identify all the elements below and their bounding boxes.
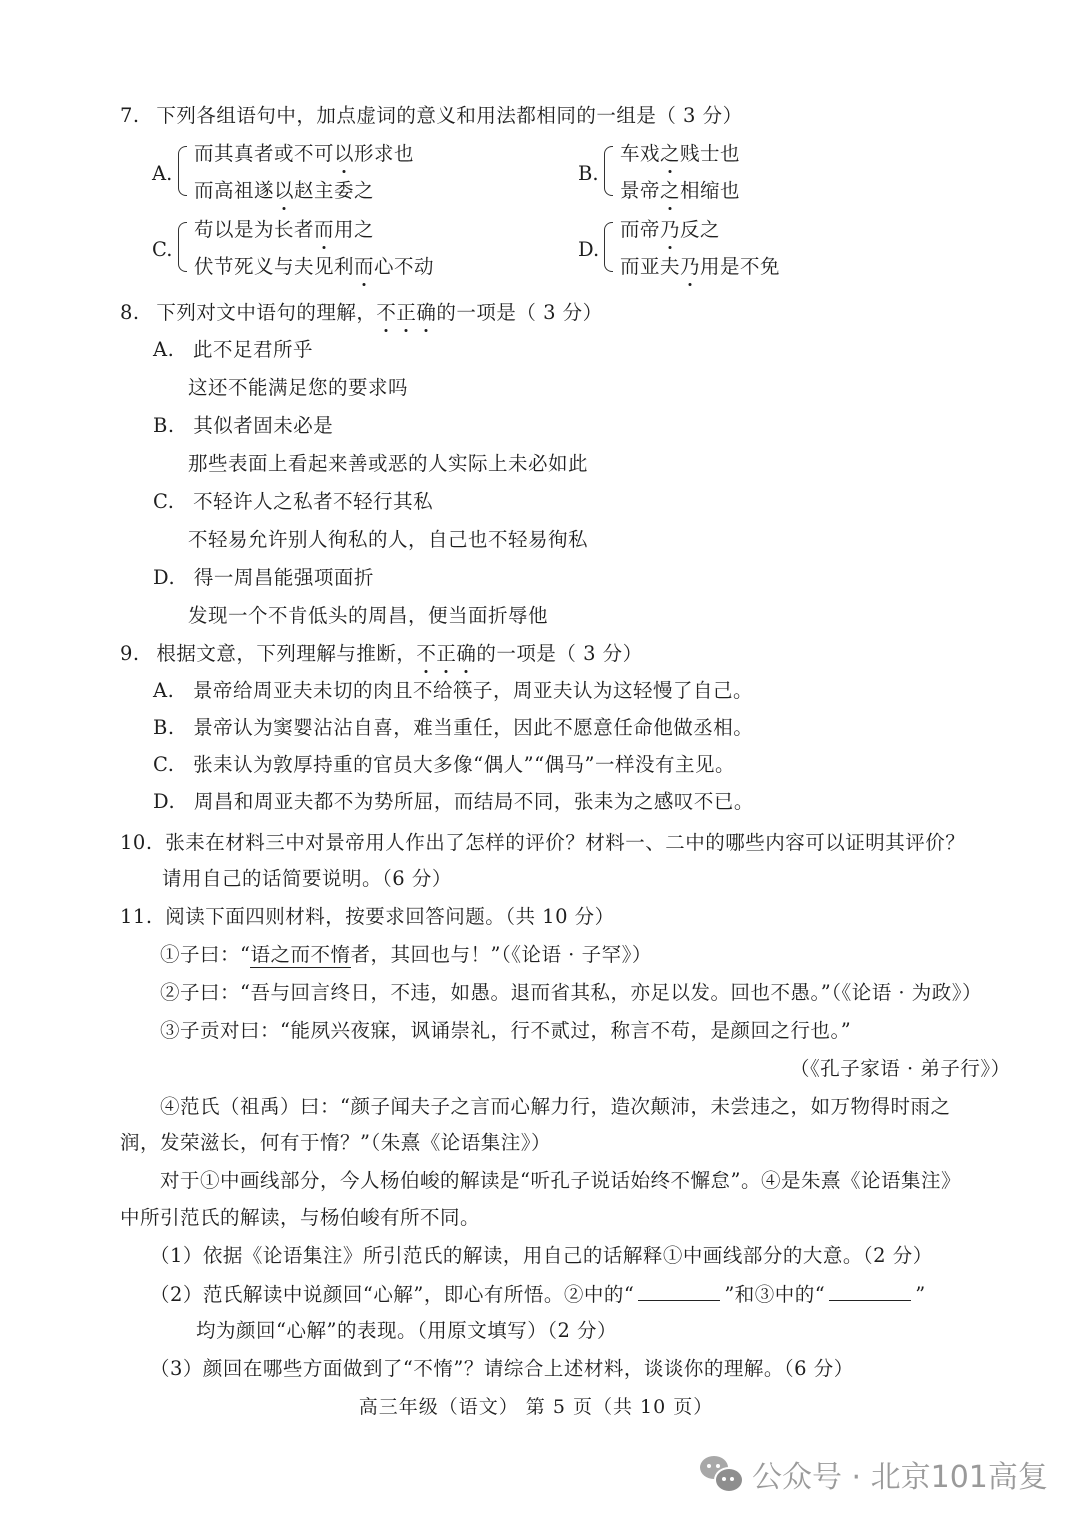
option-line-1: 苟以是为长者而用之 (194, 216, 374, 244)
material-1-post: 者，其回也与！”（《论语 · 子罕》） (351, 943, 652, 966)
q8-stem-post: 的一项是（ 3 分） (436, 301, 602, 324)
q8-option-b: B. 其似者固未必是 (153, 412, 333, 440)
q8-stem: 8. 下列对文中语句的理解，不正确的一项是（ 3 分） (120, 299, 603, 327)
option-letter: D. (153, 566, 175, 589)
option-line-1: 车戏之贱士也 (620, 140, 740, 168)
option-text: 周昌和周亚夫都不为势所屈，而结局不同，张耒为之感叹不已。 (194, 790, 754, 813)
option-original: 此不足君所乎 (193, 338, 313, 361)
material-4-line-1: ④范氏（祖禹）曰：“颜子闻夫子之言而心解力行，造次颠沛，未尝违之，如万物得时雨之 (160, 1093, 950, 1121)
option-translation: 不轻易允许别人徇私的人，自己也不轻易徇私 (188, 526, 588, 554)
sub-question-2-mid: ”和③中的“ (724, 1283, 825, 1306)
option-line-2: 而亚夫乃用是不免 (620, 253, 780, 281)
q10-stem: 10. 张耒在材料三中对景帝用人作出了怎样的评价？材料一、二中的哪些内容可以证明… (120, 829, 965, 857)
q11-number: 11. (120, 905, 153, 928)
brace-icon (604, 146, 613, 196)
answer-blank-1[interactable] (638, 1280, 720, 1301)
exam-page: 7. 下列各组语句中，加点虚词的意义和用法都相同的一组是（ 3 分） A. 而其… (0, 0, 1072, 1516)
page-footer: 高三年级（语文） 第 5 页（共 10 页） (0, 1392, 1072, 1419)
material-2: ②子曰：“吾与回言终日，不违，如愚。退而省其私，亦足以发。回也不愚。”（《论语 … (160, 979, 982, 1007)
q8-stem-pre: 下列对文中语句的理解， (156, 301, 376, 324)
brace-icon (178, 146, 187, 196)
option-original: 不轻许人之私者不轻行其私 (193, 490, 433, 513)
sub-question-3: （3）颜回在哪些方面做到了“不惰”？请综合上述材料，谈谈你的理解。（6 分） (150, 1355, 854, 1383)
emphasis-char: 正 (396, 299, 416, 327)
q8-option-a: A. 此不足君所乎 (153, 336, 313, 364)
option-translation: 这还不能满足您的要求吗 (188, 374, 408, 402)
option-letter: A. (153, 679, 174, 702)
material-3-source: （《孔子家语 · 弟子行》） (790, 1055, 1011, 1083)
option-original: 得一周昌能强项面折 (194, 566, 374, 589)
emphasis-char: 正 (436, 640, 456, 668)
q11-intro-line-1: 对于①中画线部分，今人杨伯峻的解读是“听孔子说话始终不懈怠”。④是朱熹《论语集注… (160, 1167, 961, 1195)
sub-question-1: （1）依据《论语集注》所引范氏的解读，用自己的话解释①中画线部分的大意。（2 分… (150, 1242, 933, 1270)
option-line-2: 而高祖遂以赵主委之 (194, 177, 374, 205)
material-1: ①子曰：“语之而不惰者，其回也与！”（《论语 · 子罕》） (160, 941, 652, 969)
material-4-line-2: 润，发荣滋长，何有于惰？”（朱熹《论语集注》） (120, 1129, 551, 1157)
q7-number: 7. (120, 104, 140, 127)
emphasis-char: 不 (376, 299, 396, 327)
sub-question-2: （2）范氏解读中说颜回“心解”，即心有所悟。②中的“”和③中的“” (150, 1280, 926, 1309)
q11-intro-line-2: 中所引范氏的解读，与杨伯峻有所不同。 (120, 1204, 480, 1232)
option-letter: C. (152, 236, 172, 264)
option-line-2: 景帝之相缩也 (620, 177, 740, 205)
material-3: ③子贡对曰：“能夙兴夜寐，讽诵崇礼，行不贰过，称言不苟，是颜回之行也。” (160, 1017, 851, 1045)
q8-option-c: C. 不轻许人之私者不轻行其私 (153, 488, 433, 516)
q7-stem-text: 下列各组语句中，加点虚词的意义和用法都相同的一组是（ 3 分） (156, 104, 742, 127)
q7-stem: 7. 下列各组语句中，加点虚词的意义和用法都相同的一组是（ 3 分） (120, 102, 743, 130)
wechat-icon (700, 1454, 744, 1494)
sub-question-2-pre: （2）范氏解读中说颜回“心解”，即心有所悟。②中的“ (150, 1283, 634, 1306)
q9-option-a: A. 景帝给周亚夫未切的肉且不给筷子，周亚夫认为这轻慢了自己。 (153, 677, 753, 705)
q8-number: 8. (120, 301, 140, 324)
option-letter: B. (153, 716, 175, 739)
sub-question-2-line-2: 均为颜回“心解”的表现。（用原文填写）（2 分） (196, 1317, 617, 1345)
option-line-2: 伏节死义与夫见利而心不动 (194, 253, 434, 281)
option-text: 张耒认为敦厚持重的官员大多像“偶人”“偶马”一样没有主见。 (193, 753, 735, 776)
option-letter: A. (152, 160, 172, 188)
emphasis-char: 不 (416, 640, 436, 668)
material-1-pre: ①子曰：“ (160, 943, 250, 966)
option-letter: D. (578, 236, 599, 264)
q9-option-b: B. 景帝认为窦婴沾沾自喜，难当重任，因此不愿意任命他做丞相。 (153, 714, 753, 742)
emphasis-char: 确 (416, 299, 436, 327)
q9-stem: 9. 根据文意，下列理解与推断，不正确的一项是（ 3 分） (120, 640, 643, 668)
q8-option-d: D. 得一周昌能强项面折 (153, 564, 374, 592)
option-line-1: 而其真者或不可以形求也 (194, 140, 414, 168)
option-letter: B. (578, 160, 599, 188)
q10-line-2: 请用自己的话简要说明。（6 分） (162, 865, 452, 893)
q9-stem-pre: 根据文意，下列理解与推断， (156, 642, 416, 665)
option-text: 景帝给周亚夫未切的肉且不给筷子，周亚夫认为这轻慢了自己。 (193, 679, 753, 702)
emphasis-char: 确 (456, 640, 476, 668)
option-letter: A. (153, 338, 174, 361)
watermark: 公众号 · 北京101高复 (700, 1452, 1048, 1496)
option-line-1: 而帝乃反之 (620, 216, 720, 244)
option-letter: C. (153, 753, 174, 776)
brace-icon (604, 222, 613, 272)
option-text: 景帝认为窦婴沾沾自喜，难当重任，因此不愿意任命他做丞相。 (193, 716, 753, 739)
q9-option-c: C. 张耒认为敦厚持重的官员大多像“偶人”“偶马”一样没有主见。 (153, 751, 735, 779)
option-translation: 那些表面上看起来善或恶的人实际上未必如此 (188, 450, 588, 478)
answer-blank-2[interactable] (829, 1280, 911, 1301)
option-letter: B. (153, 414, 175, 437)
q9-number: 9. (120, 642, 140, 665)
q10-number: 10. (120, 831, 153, 854)
q9-option-d: D. 周昌和周亚夫都不为势所屈，而结局不同，张耒为之感叹不已。 (153, 788, 754, 816)
q10-line-1: 张耒在材料三中对景帝用人作出了怎样的评价？材料一、二中的哪些内容可以证明其评价？ (165, 831, 965, 854)
underlined-phrase: 语之而不惰 (250, 943, 350, 968)
option-original: 其似者固未必是 (193, 414, 333, 437)
brace-icon (178, 222, 187, 272)
q11-stem: 11. 阅读下面四则材料，按要求回答问题。（共 10 分） (120, 903, 615, 931)
option-letter: D. (153, 790, 175, 813)
q11-stem-text: 阅读下面四则材料，按要求回答问题。（共 10 分） (165, 905, 614, 928)
watermark-text: 公众号 · 北京101高复 (752, 1452, 1048, 1496)
q9-stem-post: 的一项是（ 3 分） (476, 642, 642, 665)
sub-question-2-post: ” (915, 1283, 925, 1306)
option-letter: C. (153, 490, 174, 513)
option-translation: 发现一个不肯低头的周昌，便当面折辱他 (188, 602, 548, 630)
